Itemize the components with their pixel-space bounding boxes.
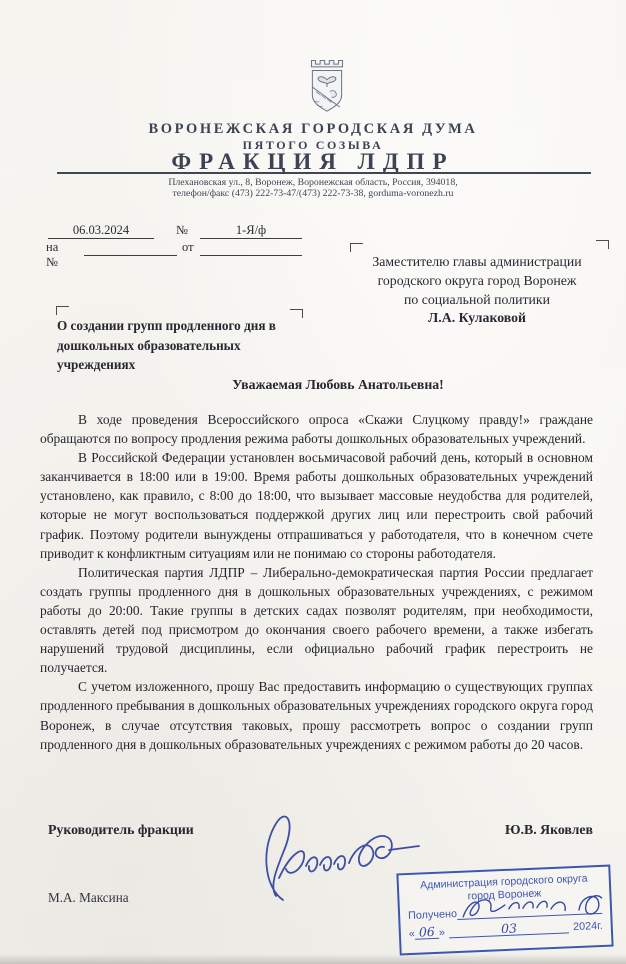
paragraph: В ходе проведения Всероссийского опроса … xyxy=(40,410,593,448)
letter-date: 06.03.2024 xyxy=(48,223,154,239)
paragraph: С учетом изложенного, прошу Вас предоста… xyxy=(40,677,593,753)
subject-corner-mark-left xyxy=(56,306,69,315)
executor-name: М.А. Максина xyxy=(48,890,129,906)
quote-close: » xyxy=(439,927,446,939)
subject-line: О создании групп продленного дня в xyxy=(57,316,313,336)
subject-line: дошкольных образовательных xyxy=(57,336,313,356)
stamp-day-handwritten: 06 xyxy=(415,924,440,940)
stamp-received-line xyxy=(457,900,603,920)
signer-position: Руководитель фракции xyxy=(48,822,194,838)
letter-body: В ходе проведения Всероссийского опроса … xyxy=(40,410,593,754)
addressee-line: по социальной политики xyxy=(338,291,616,310)
addressee-block: Заместителю главы администрации городско… xyxy=(338,253,616,328)
addressee-corner-mark-left xyxy=(350,243,363,252)
addressee-corner-mark-right xyxy=(596,240,609,249)
paragraph: В Российской Федерации установлен восьми… xyxy=(40,448,593,563)
from-label: от xyxy=(182,240,194,255)
reply-number-blank xyxy=(84,240,177,256)
paragraph: Политическая партия ЛДПР – Либерально-де… xyxy=(40,563,593,678)
org-address: Плехановская ул., 8, Воронеж, Воронежска… xyxy=(0,177,626,188)
scanned-letter-page: ВОРОНЕЖСКАЯ ГОРОДСКАЯ ДУМА ПЯТОГО СОЗЫВА… xyxy=(0,0,626,964)
salutation: Уважаемая Любовь Анатольевна! xyxy=(62,377,614,393)
received-stamp: Администрация городского округа город Во… xyxy=(396,865,613,956)
signer-name: Ю.В. Яковлев xyxy=(505,822,593,838)
stamp-handwritten-name xyxy=(456,889,607,925)
letterhead-divider xyxy=(57,172,591,174)
subject-block: О создании групп продленного дня в дошко… xyxy=(57,316,313,375)
addressee-line: Заместителю главы администрации xyxy=(338,253,616,272)
addressee-name: Л.А. Кулаковой xyxy=(338,309,616,328)
stamp-received-label: Получено xyxy=(408,908,457,922)
stamp-year: 2024г. xyxy=(573,920,603,933)
letter-number: 1-Я/ф xyxy=(200,223,302,239)
from-date-blank xyxy=(200,240,302,256)
reply-to-label: на № xyxy=(46,240,58,270)
org-phone: телефон/факс (473) 222-73-47/(473) 222-7… xyxy=(0,188,626,199)
voronezh-coat-of-arms-icon xyxy=(298,55,356,119)
subject-line: учреждениях xyxy=(57,355,313,375)
number-sign: № xyxy=(176,223,188,238)
scan-bottom-shadow xyxy=(0,954,626,964)
addressee-line: городского округа город Воронеж xyxy=(338,272,616,291)
org-name-line1: ВОРОНЕЖСКАЯ ГОРОДСКАЯ ДУМА xyxy=(0,121,626,138)
